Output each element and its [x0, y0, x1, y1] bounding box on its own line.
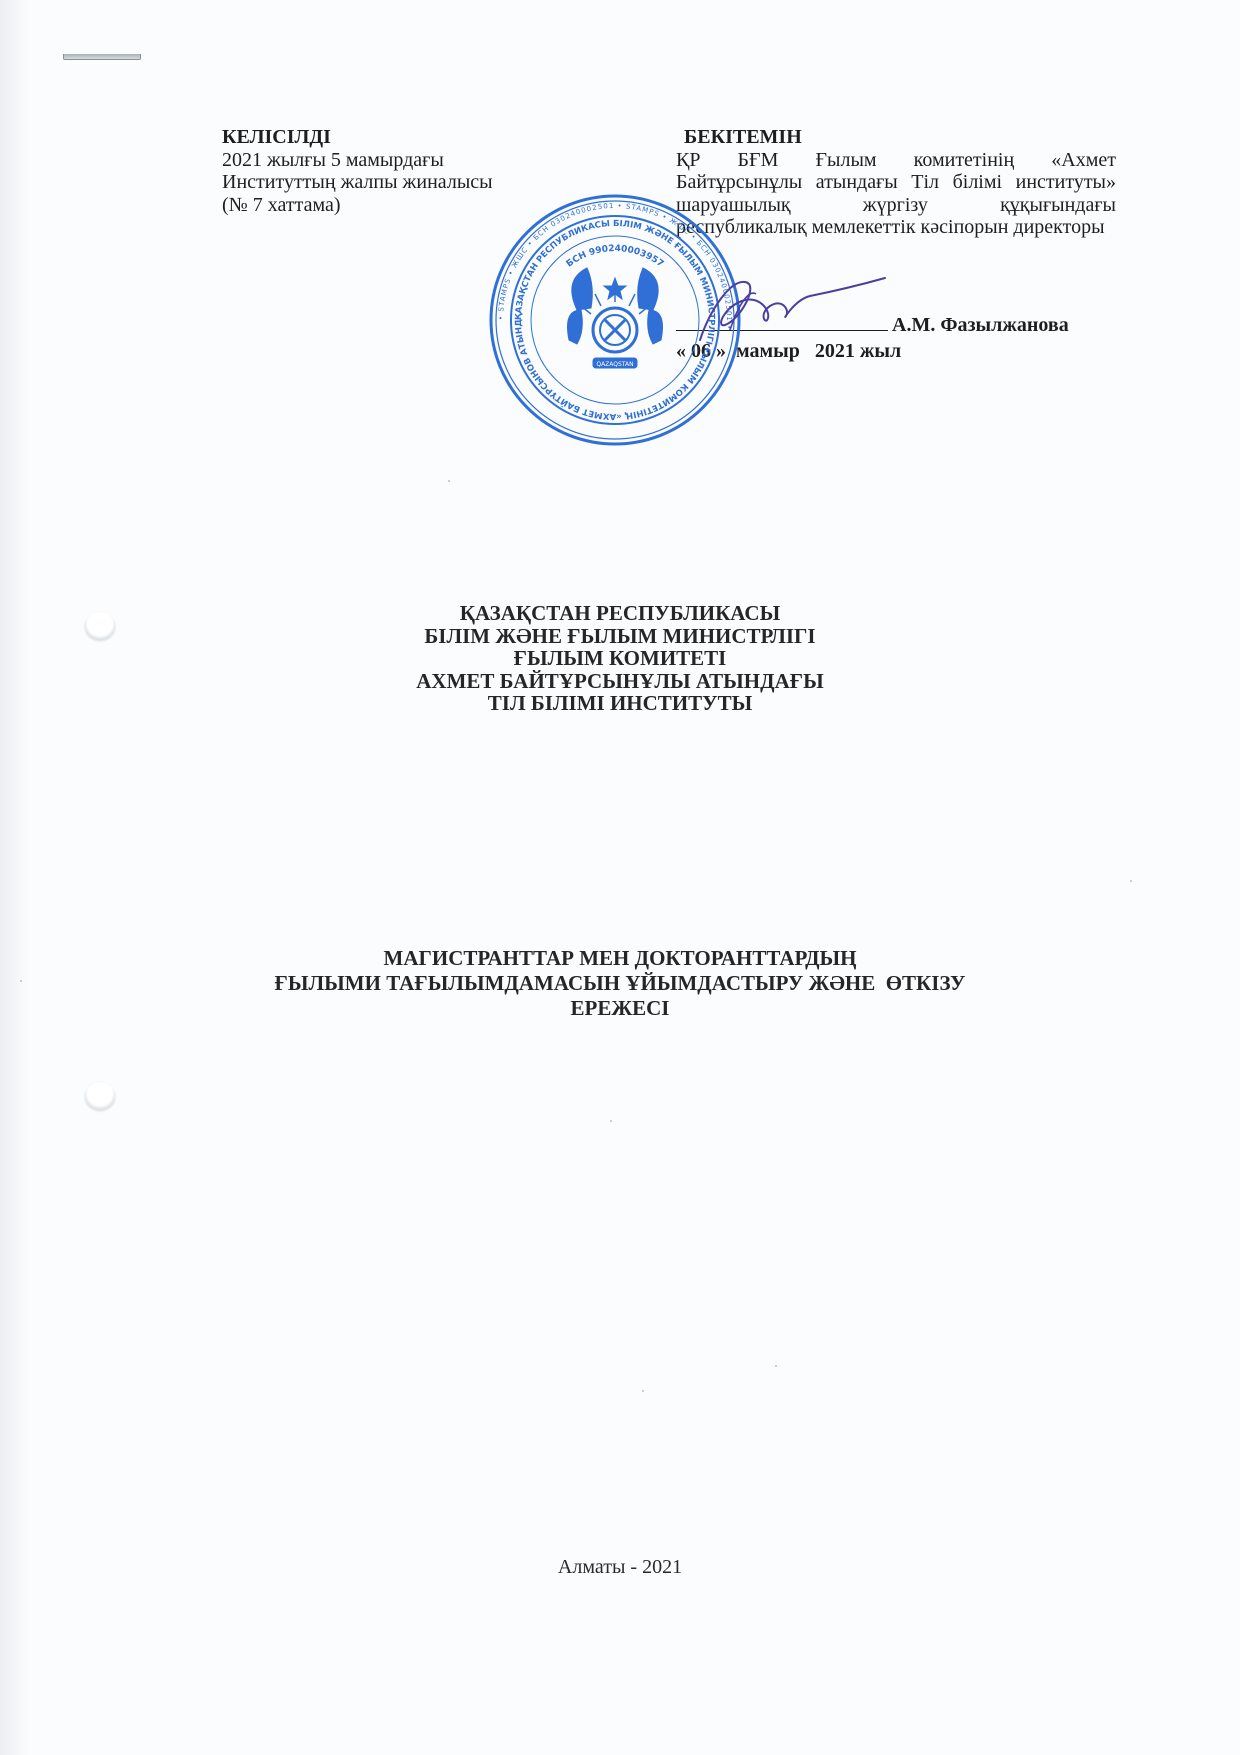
scan-speck — [1130, 880, 1132, 882]
staple-mark — [63, 54, 141, 60]
scan-speck — [20, 980, 22, 982]
organization-line: ТІЛ БІЛІМІ ИНСТИТУТЫ — [0, 692, 1240, 715]
organization-block: ҚАЗАҚСТАН РЕСПУБЛИКАСЫ БІЛІМ ЖӘНЕ ҒЫЛЫМ … — [0, 602, 1240, 715]
approved-heading: БЕКІТЕМІН — [676, 126, 1116, 149]
organization-line: ҚАЗАҚСТАН РЕСПУБЛИКАСЫ — [0, 602, 1240, 625]
scan-speck — [448, 480, 450, 482]
agreed-line: 2021 жылғы 5 мамырдағы — [222, 149, 562, 172]
agreed-heading: КЕЛІСІЛДІ — [222, 126, 562, 149]
organization-line: БІЛІМ ЖӘНЕ ҒЫЛЫМ МИНИСТРЛІГІ — [0, 625, 1240, 648]
scan-edge — [0, 0, 30, 1755]
scan-speck — [610, 1120, 612, 1122]
svg-text:QAZAQSTAN: QAZAQSTAN — [596, 361, 633, 368]
title-line: ҒЫЛЫМИ ТАҒЫЛЫМДАМАСЫН ҰЙЫМДАСТЫРУ ЖӘНЕ Ө… — [0, 971, 1240, 996]
svg-text:БСН 990240003957: БСН 990240003957 — [565, 244, 665, 270]
title-line: МАГИСТРАНТТАР МЕН ДОКТОРАНТТАРДЫҢ — [0, 946, 1240, 971]
punch-hole — [85, 1082, 115, 1110]
scan-speck — [642, 1390, 644, 1392]
organization-line: ҒЫЛЫМ КОМИТЕТІ — [0, 647, 1240, 670]
city-year: Алматы - 2021 — [0, 1556, 1240, 1579]
scan-speck — [775, 1365, 777, 1367]
signature-icon — [690, 270, 890, 350]
title-line: ЕРЕЖЕСІ — [0, 996, 1240, 1021]
document-title: МАГИСТРАНТТАР МЕН ДОКТОРАНТТАРДЫҢ ҒЫЛЫМИ… — [0, 946, 1240, 1021]
signatory-name: А.М. Фазылжанова — [892, 314, 1069, 336]
organization-line: АХМЕТ БАЙТҰРСЫНҰЛЫ АТЫНДАҒЫ — [0, 670, 1240, 693]
